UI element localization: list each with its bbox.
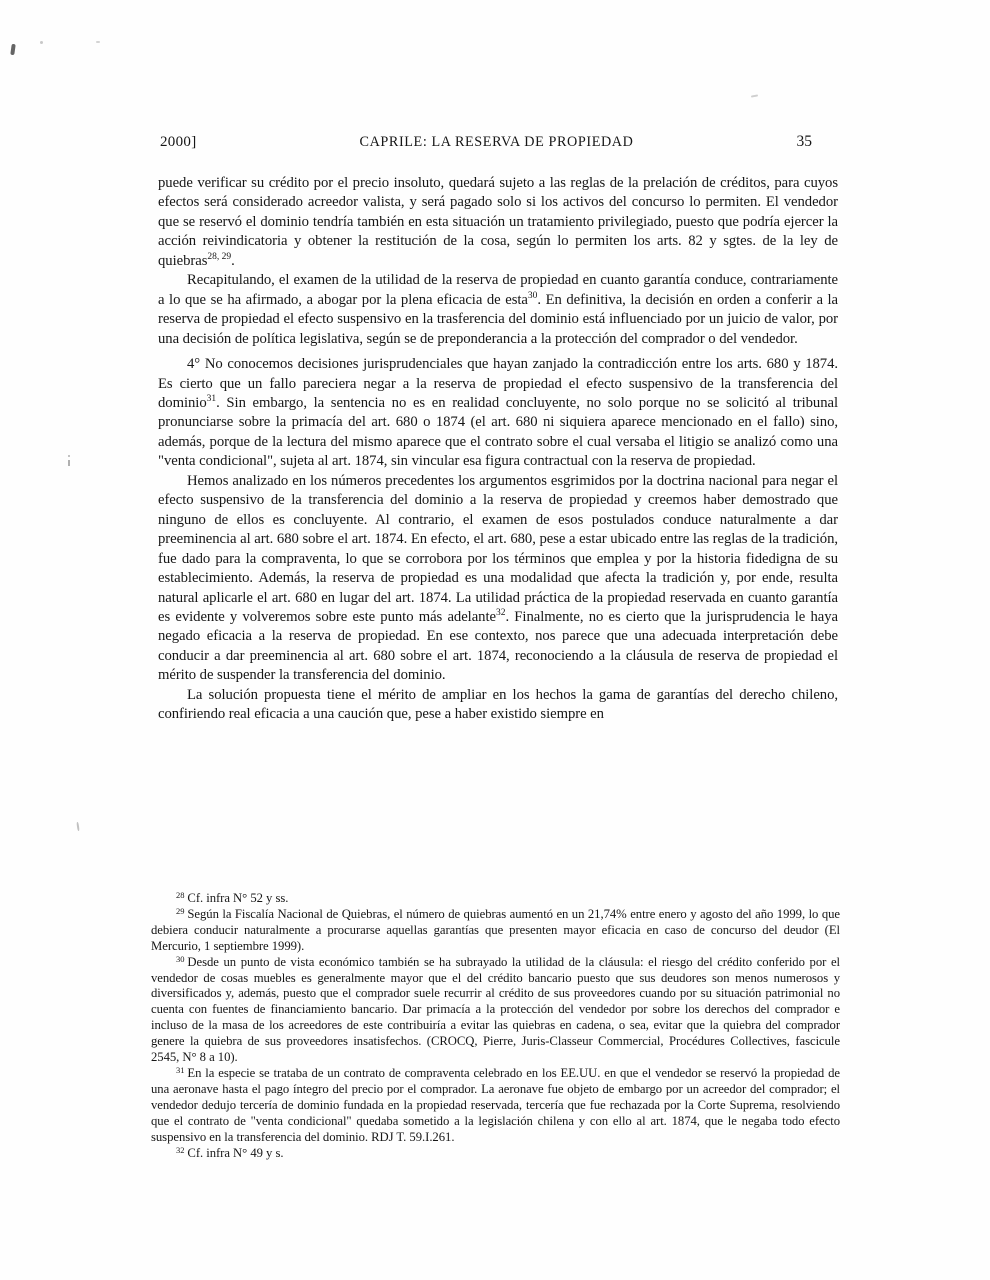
footnotes-section: 28Cf. infra N° 52 y ss.29Según la Fiscal… [151, 891, 840, 1161]
header-page-number: 35 [797, 133, 813, 151]
scan-artifact [68, 460, 70, 466]
scan-artifact [40, 41, 43, 44]
header-year: 2000] [160, 134, 197, 151]
header-article-title: CAPRILE: LA RESERVA DE PROPIEDAD [360, 134, 634, 151]
body-paragraph-4: Hemos analizado en los números precedent… [158, 472, 838, 686]
footnote-number: 28 [176, 890, 187, 900]
body-paragraph-3: 4° No conocemos decisiones jurisprudenci… [158, 355, 838, 472]
body-paragraph-5: La solución propuesta tiene el mérito de… [158, 686, 838, 725]
footnote-31: 31En la especie se trataba de un contrat… [151, 1066, 840, 1146]
body-paragraph-1: puede verificar su crédito por el precio… [158, 174, 838, 271]
footnote-reference: 28, 29 [207, 252, 231, 262]
running-head: 2000] CAPRILE: LA RESERVA DE PROPIEDAD 3… [160, 133, 812, 151]
scan-artifact [751, 94, 758, 97]
document-page: 2000] CAPRILE: LA RESERVA DE PROPIEDAD 3… [0, 0, 990, 1280]
footnote-number: 29 [176, 906, 187, 916]
footnote-29: 29Según la Fiscalía Nacional de Quiebras… [151, 907, 840, 955]
footnote-number: 32 [176, 1145, 187, 1155]
scan-artifact [76, 822, 79, 831]
article-body: puede verificar su crédito por el precio… [158, 174, 838, 725]
footnote-28: 28Cf. infra N° 52 y ss. [151, 891, 840, 907]
footnote-32: 32Cf. infra N° 49 y s. [151, 1146, 840, 1162]
footnote-reference: 32 [496, 608, 506, 618]
scan-artifact [68, 455, 70, 457]
footnote-number: 30 [176, 954, 187, 964]
footnote-30: 30Desde un punto de vista económico tamb… [151, 955, 840, 1066]
scan-artifact [10, 44, 15, 55]
footnote-reference: 31 [207, 394, 217, 404]
footnote-reference: 30 [528, 291, 538, 301]
footnote-number: 31 [176, 1065, 187, 1075]
scan-artifact [96, 41, 100, 43]
body-paragraph-2: Recapitulando, el examen de la utilidad … [158, 271, 838, 349]
